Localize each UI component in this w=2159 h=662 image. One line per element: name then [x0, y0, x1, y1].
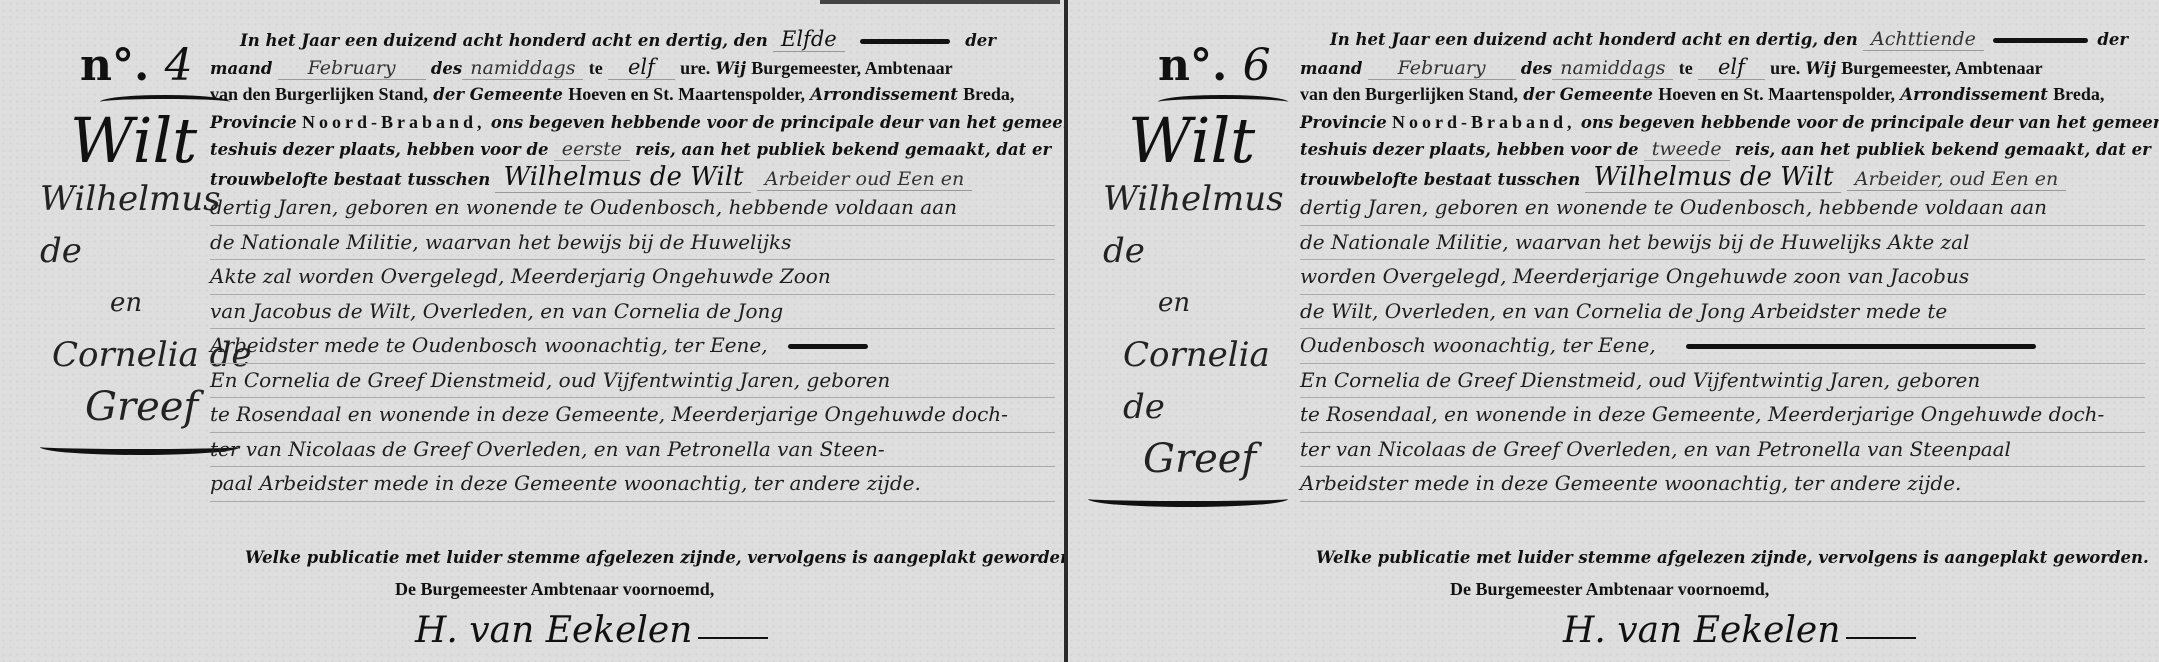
printed-line: teshuis dezer plaats, hebben voor de twe…: [1300, 136, 2145, 164]
handwritten-line: dertig Jaren, geboren en wonende te Oude…: [210, 191, 1055, 226]
printed-line: van den Burgerlijken Stand, der Gemeente…: [210, 81, 1055, 109]
handwritten-groom: Wilhelmus de Wilt: [495, 162, 751, 193]
handwritten-line: Arbeidster mede te Oudenbosch woonachtig…: [210, 329, 1055, 364]
printed-line: In het Jaar een duizend acht honderd ach…: [210, 26, 1055, 54]
printed-line: maand February desnamiddags te elf ure. …: [1300, 54, 2145, 82]
handwritten-line: te Rosendaal en wonende in deze Gemeente…: [210, 398, 1055, 433]
page-top-rule: [820, 0, 1060, 4]
printed-line: trouwbelofte bestaat tusschen Wilhelmus …: [1300, 164, 2145, 192]
printed-line: maand February desnamiddags te elf ure. …: [210, 54, 1055, 82]
handwritten-daypart: namiddags: [462, 57, 583, 80]
margin-annotation: n°. 6 Wilt Wilhelmus de en Cornelia de G…: [1078, 40, 1298, 507]
handwritten-line: de Nationale Militie, waarvan het bewijs…: [1300, 226, 2145, 261]
closing-statement: Welke publicatie met luider stemme afgel…: [1316, 544, 2149, 572]
signature-label: De Burgemeester Ambtenaar voornoemd,: [395, 576, 714, 604]
margin-name-line: en: [1158, 277, 1298, 329]
handwritten-groom-tail: Arbeider oud Een en: [757, 168, 973, 191]
handwritten-line: dertig Jaren, geboren en wonende te Oude…: [1300, 191, 2145, 226]
handwritten-line: En Cornelia de Greef Dienstmeid, oud Vij…: [210, 364, 1055, 399]
handwritten-line: paal Arbeidster mede in deze Gemeente wo…: [210, 467, 1055, 502]
margin-name-line: Wilhelmus de: [1103, 173, 1298, 277]
handwritten-line: ter van Nicolaas de Greef Overleden, en …: [210, 433, 1055, 468]
handwritten-line: En Cornelia de Greef Dienstmeid, oud Vij…: [1300, 364, 2145, 399]
margin-name-line: Cornelia de: [1123, 329, 1298, 433]
handwritten-line: van Jacobus de Wilt, Overleden, en van C…: [210, 295, 1055, 330]
fill-dash: [1686, 344, 2036, 349]
printed-line: teshuis dezer plaats, hebben voor de eer…: [210, 136, 1055, 164]
handwritten-day: Achttiende: [1863, 28, 1984, 51]
register-page-left: n°. 4 Wilt Wilhelmus de en Cornelia de G…: [0, 0, 1064, 662]
fill-dash: [1993, 38, 2088, 43]
closing-statement: Welke publicatie met luider stemme afgel…: [245, 544, 1078, 572]
handwritten-hour: elf: [1698, 55, 1765, 80]
register-page-right: n°. 6 Wilt Wilhelmus de en Cornelia de G…: [1068, 0, 2159, 662]
fill-dash: [860, 39, 950, 44]
printed-line: In het Jaar een duizend acht honderd ach…: [1300, 26, 2145, 54]
flourish-divider: [1088, 491, 1288, 507]
handwritten-month: February: [1368, 57, 1516, 80]
handwritten-line: ter van Nicolaas de Greef Overleden, en …: [1300, 433, 2145, 468]
handwritten-line: de Nationale Militie, waarvan het bewijs…: [210, 226, 1055, 261]
handwritten-line: worden Overgelegd, Meerderjarige Ongehuw…: [1300, 260, 2145, 295]
handwritten-groom-tail: Arbeider, oud Een en: [1847, 168, 2067, 191]
handwritten-hour: elf: [608, 55, 675, 80]
handwritten-line: Arbeidster mede in deze Gemeente woonach…: [1300, 467, 2145, 502]
handwritten-daypart: namiddags: [1552, 57, 1673, 80]
handwritten-line: te Rosendaal, en wonende in deze Gemeent…: [1300, 398, 2145, 433]
act-number: n°. 6: [1158, 40, 1298, 91]
act-body: In het Jaar een duizend acht honderd ach…: [210, 26, 1055, 502]
handwritten-reis: eerste: [554, 138, 630, 161]
signature: H. van Eekelen: [415, 610, 768, 651]
printed-line: Provincie Noord-Braband, ons begeven heb…: [210, 109, 1055, 137]
handwritten-groom: Wilhelmus de Wilt: [1585, 162, 1841, 193]
margin-name-line: Greef: [1143, 433, 1298, 485]
fill-dash: [788, 344, 868, 349]
printed-line: van den Burgerlijken Stand, der Gemeente…: [1300, 81, 2145, 109]
printed-line: trouwbelofte bestaat tusschen Wilhelmus …: [210, 164, 1055, 192]
handwritten-line: Oudenbosch woonachtig, ter Eene,: [1300, 329, 2145, 364]
handwritten-month: February: [278, 57, 426, 80]
signature: H. van Eekelen: [1563, 610, 1916, 651]
handwritten-line: de Wilt, Overleden, en van Cornelia de J…: [1300, 295, 2145, 330]
handwritten-day: Elfde: [773, 27, 845, 52]
handwritten-reis: tweede: [1644, 138, 1730, 161]
printed-line: Provincie Noord-Braband, ons begeven heb…: [1300, 109, 2145, 137]
margin-surname: Wilt: [1128, 109, 1298, 173]
signature-label: De Burgemeester Ambtenaar voornoemd,: [1450, 576, 1769, 604]
act-body: In het Jaar een duizend acht honderd ach…: [1300, 26, 2145, 502]
handwritten-line: Akte zal worden Overgelegd, Meerderjarig…: [210, 260, 1055, 295]
